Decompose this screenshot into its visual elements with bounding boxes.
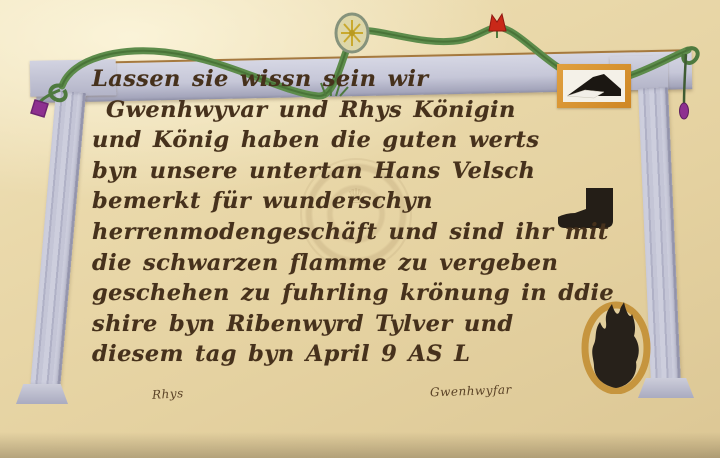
scroll-photo: ♕: [0, 0, 720, 458]
text-line-6: herrenmodengeschäft und sind ihr mit: [92, 217, 652, 248]
text-line-9: shire byn Ribenwyrd Tylver und: [92, 309, 652, 340]
text-line-4: byn unsere untertan Hans Velsch: [92, 156, 652, 187]
medallion-icon: [336, 14, 368, 52]
text-line-1: Lassen sie wissn sein wir: [92, 64, 652, 95]
tulip-icon: [489, 14, 506, 38]
photo-bottom-shadow: [0, 432, 720, 458]
signature-gwenhwyfar: Gwenhwyfar: [430, 383, 512, 400]
scroll-text: Lassen sie wissn sein wir Gwenhwyvar und…: [92, 64, 652, 370]
text-line-5: bemerkt für wunderschyn: [92, 186, 652, 217]
left-column-base: [16, 384, 68, 404]
text-line-3: und König haben die guten werts: [92, 125, 652, 156]
text-line-7: die schwarzen flamme zu vergeben: [92, 248, 652, 279]
signature-rhys: Rhys: [152, 386, 184, 402]
text-line-2: Gwenhwyvar und Rhys Königin: [92, 95, 652, 126]
text-line-8: geschehen zu fuhrling krönung in ddie: [92, 278, 652, 309]
purple-bud-icon: [680, 103, 689, 119]
left-column: [30, 91, 86, 388]
text-line-10: diesem tag byn April 9 AS L: [92, 339, 652, 370]
